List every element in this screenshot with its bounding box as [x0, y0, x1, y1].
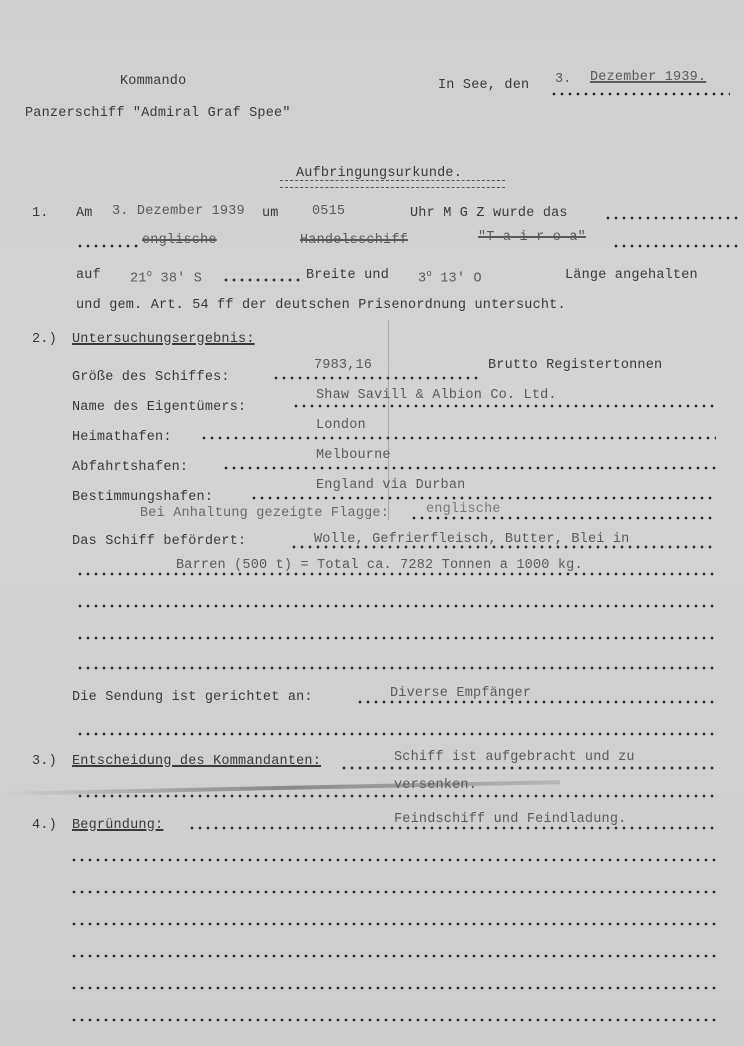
breite-und-label: Breite und [306, 268, 389, 284]
dotted-line [76, 732, 716, 736]
dotted-line [76, 572, 716, 576]
ship-nationality: englische [142, 233, 217, 249]
laenge-label: Länge angehalten [565, 268, 698, 284]
place-prefix: In See, den [438, 78, 529, 94]
field-label-departure: Abfahrtshafen: [72, 460, 188, 476]
latitude-value: 21o 38' S [130, 266, 202, 288]
field-label-flag: Bei Anhaltung gezeigte Flagge: [140, 506, 389, 522]
dotted-line [290, 545, 716, 549]
latitude-min: 38 [161, 272, 178, 287]
title-double-underline [280, 180, 505, 188]
dotted-line [604, 216, 742, 220]
dotted-line [272, 376, 482, 380]
dotted-line [76, 636, 716, 640]
section2-heading: Untersuchungsergebnis: [72, 332, 255, 348]
dotted-line [340, 766, 716, 770]
field-label-homeport: Heimathafen: [72, 430, 172, 446]
section2-number: 2.) [32, 332, 57, 348]
section1-am: Am [76, 206, 93, 222]
field-label-owner: Name des Eigentümers: [72, 400, 246, 416]
date-day: 3. [555, 72, 572, 88]
field-value-destination: England via Durban [316, 478, 465, 494]
dotted-line [70, 922, 716, 926]
dotted-line [410, 516, 716, 520]
field-value-size: 7983,16 [314, 358, 372, 374]
section1-um: um [262, 206, 279, 222]
section3-heading: Entscheidung des Kommandanten: [72, 754, 321, 770]
longitude-dir: O [473, 272, 481, 287]
field-suffix-size: Brutto Registertonnen [488, 358, 662, 374]
latitude-dir: S [194, 272, 202, 287]
section4-heading: Begründung: [72, 818, 163, 834]
cargo-label: Das Schiff befördert: [72, 534, 246, 550]
command-label: Kommando [120, 74, 186, 90]
dotted-line [222, 278, 302, 282]
dotted-line [70, 1018, 716, 1022]
dotted-line [292, 404, 716, 408]
decision-line1: Schiff ist aufgebracht und zu [394, 750, 635, 766]
field-value-departure: Melbourne [316, 448, 391, 464]
dotted-line [70, 986, 716, 990]
field-value-homeport: London [316, 418, 366, 434]
section3-number: 3.) [32, 754, 57, 770]
consignee-label: Die Sendung ist gerichtet an: [72, 690, 313, 706]
paper-fold [388, 320, 389, 520]
dotted-line [76, 604, 716, 608]
dotted-line [76, 794, 716, 798]
section1-line4: und gem. Art. 54 ff der deutschen Prisen… [76, 298, 566, 314]
section1-number: 1. [32, 206, 49, 222]
ship-command-name: Panzerschiff "Admiral Graf Spee" [25, 106, 291, 122]
section1-date: 3. Dezember 1939 [112, 204, 245, 220]
dotted-line [250, 496, 716, 500]
section1-time: 0515 [312, 204, 345, 220]
longitude-min: 13 [440, 272, 457, 287]
dotted-line [188, 826, 716, 830]
dotted-line [612, 244, 742, 248]
auf-text: auf [76, 268, 101, 283]
dotted-line [70, 890, 716, 894]
date-month-year: Dezember 1939. [590, 70, 706, 86]
dotted-line [200, 436, 716, 440]
auf-label: auf [76, 268, 101, 284]
decision-line2: versenken. [394, 778, 477, 794]
ship-type: Handelsschiff [300, 233, 408, 249]
field-label-size: Größe des Schiffes: [72, 370, 230, 386]
dotted-line [356, 700, 716, 704]
field-value-owner: Shaw Savill & Albion Co. Ltd. [316, 388, 557, 404]
dotted-line [222, 466, 716, 470]
section1-line1-suffix: Uhr M G Z wurde das [410, 206, 568, 222]
field-label-destination: Bestimmungshafen: [72, 490, 213, 506]
longitude-value: 3o 13' O [418, 266, 482, 288]
dotted-line [76, 244, 142, 248]
latitude-deg: 21 [130, 272, 147, 287]
date-dotted-line [550, 92, 730, 96]
ship-name: "T a i r o a" [478, 230, 586, 246]
dotted-line [76, 666, 716, 670]
section4-number: 4.) [32, 818, 57, 834]
dotted-line [70, 954, 716, 958]
dotted-line [70, 858, 716, 862]
